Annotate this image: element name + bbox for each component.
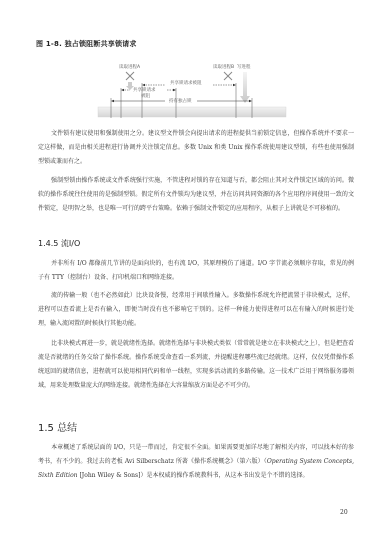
paragraph-text: 并非所有 I/O 都像前几节讲的是面向块的，也有流 I/O，其原理模仿了通道。I… bbox=[38, 260, 354, 281]
paragraph-text: 流的传输一般（也不必然如此）比块设备慢，经常用于间歇性输入。多数操作系统允许把流… bbox=[38, 292, 354, 327]
lock-diagram: 读取进程A 读取进程B 写进程 共享锁请求被阻 共享锁请求 被阻 持有独占锁 bbox=[95, 62, 295, 124]
label-reader-a: 读取进程A bbox=[119, 64, 140, 70]
label-shared-blocked-long: 共享锁请求被阻 bbox=[170, 80, 202, 86]
section-heading-1-5: 1.5 总结 bbox=[38, 419, 77, 434]
label-shared-blocked-short-2: 被阻 bbox=[141, 93, 150, 99]
paragraph-mandatory-locks: 强制型锁由操作系统或文件系统强行实施，不管进程对锁的存在知道与否，都会阻止其对文… bbox=[38, 174, 354, 216]
paragraph-stream-io: 并非所有 I/O 都像前几节讲的是面向块的，也有流 I/O，其原理模仿了通道。I… bbox=[38, 257, 354, 285]
paragraph-text: 比非块模式再进一步，就是就绪性选择。就绪性选择与非块模式类似（常常就是建立在非块… bbox=[38, 340, 354, 389]
paragraph-text: 强制型锁由操作系统或文件系统强行实施，不管进程对锁的存在知道与否，都会阻止其对文… bbox=[38, 177, 354, 212]
lock-diagram-graphic bbox=[95, 62, 295, 124]
label-writer: 写进程 bbox=[237, 64, 251, 70]
page-number: 20 bbox=[340, 509, 348, 516]
label-reader-b: 读取进程B bbox=[213, 64, 234, 70]
paragraph-text: 文件锁有建议使用和强制使用之分。建议型文件锁会向提出请求的进程提供当前锁定信息，… bbox=[38, 130, 354, 165]
label-exclusive-held: 持有独占锁 bbox=[169, 98, 192, 104]
section-heading-1-4-5: 1.4.5 流I/O bbox=[38, 238, 80, 249]
paragraph-nonblocking: 流的传输一般（也不必然如此）比块设备慢，经常用于间歇性输入。多数操作系统允许把流… bbox=[38, 289, 354, 331]
figure-caption: 图 1-8. 独占锁阻断共享锁请求 bbox=[36, 39, 137, 49]
paragraph-advisory-locks: 文件锁有建议使用和强制使用之分。建议型文件锁会向提出请求的进程提供当前锁定信息，… bbox=[38, 127, 354, 169]
paragraph-summary: 本章概述了系统层面的 I/O，只是一带而过，肯定很不全面。如果需要更加详尽地了解… bbox=[38, 441, 354, 483]
document-page: 图 1-8. 独占锁阻断共享锁请求 bbox=[0, 0, 390, 546]
paragraph-text: [John Wiley & Sons]）是本权威的操作系统教科书，从这本书出发是… bbox=[78, 472, 309, 479]
paragraph-readiness-selection: 比非块模式再进一步，就是就绪性选择。就绪性选择与非块模式类似（常常就是建立在非块… bbox=[38, 337, 354, 393]
